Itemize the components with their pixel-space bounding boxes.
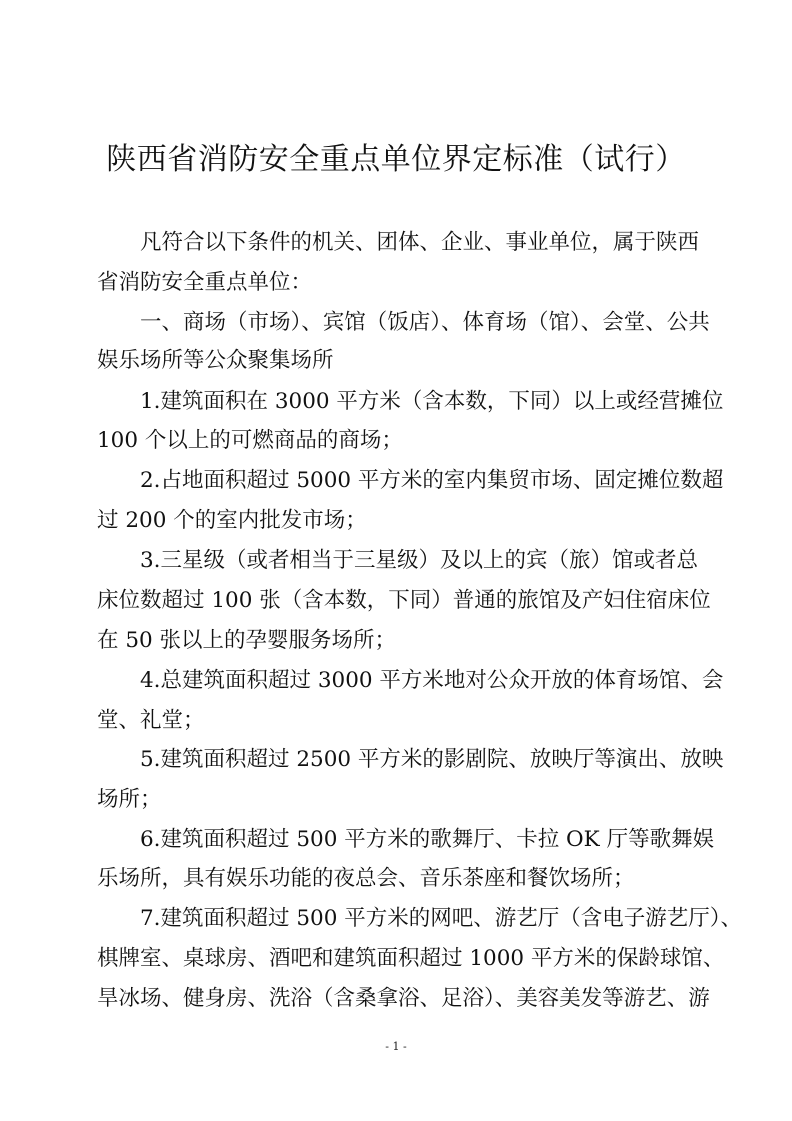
item-4-line-1: 4.总建筑面积超过 3000 平方米地对公众开放的体育场馆、会 <box>140 666 697 696</box>
item-2-line-1: 2.占地面积超过 5000 平方米的室内集贸市场、固定摊位数超 <box>140 466 697 496</box>
item-5-line-1: 5.建筑面积超过 2500 平方米的影剧院、放映厅等演出、放映 <box>140 745 697 775</box>
item-7-line-2: 棋牌室、桌球房、酒吧和建筑面积超过 1000 平方米的保龄球馆、 <box>97 944 697 974</box>
item-6-line-1: 6.建筑面积超过 500 平方米的歌舞厅、卡拉 OK 厅等歌舞娱 <box>140 825 697 855</box>
item-5-line-2: 场所； <box>97 785 697 815</box>
paragraph-intro-line-1: 凡符合以下条件的机关、团体、企业、事业单位，属于陕西 <box>140 228 697 258</box>
item-1-line-2: 100 个以上的可燃商品的商场； <box>97 426 697 456</box>
category-heading-line-2: 娱乐场所等公众聚集场所 <box>97 346 697 376</box>
paragraph-intro-line-2: 省消防安全重点单位： <box>97 268 697 298</box>
item-3-line-3: 在 50 张以上的孕婴服务场所； <box>97 626 697 656</box>
category-heading-line-1: 一、商场（市场）、宾馆（饭店）、体育场（馆）、会堂、公共 <box>140 308 697 338</box>
item-4-line-2: 堂、礼堂； <box>97 706 697 736</box>
item-7-line-1: 7.建筑面积超过 500 平方米的网吧、游艺厅（含电子游艺厅）、 <box>140 904 697 934</box>
document-page: 陕西省消防安全重点单位界定标准（试行） 凡符合以下条件的机关、团体、企业、事业单… <box>0 0 792 1121</box>
document-title: 陕西省消防安全重点单位界定标准（试行） <box>0 138 792 182</box>
item-2-line-2: 过 200 个的室内批发市场； <box>97 506 697 536</box>
item-7-line-3: 旱冰场、健身房、洗浴（含桑拿浴、足浴）、美容美发等游艺、游 <box>97 984 697 1014</box>
item-1-line-1: 1.建筑面积在 3000 平方米（含本数，下同）以上或经营摊位 <box>140 387 697 417</box>
page-number: - 1 - <box>0 1040 792 1054</box>
item-3-line-1: 3.三星级（或者相当于三星级）及以上的宾（旅）馆或者总 <box>140 546 697 576</box>
item-6-line-2: 乐场所，具有娱乐功能的夜总会、音乐茶座和餐饮场所； <box>97 864 697 894</box>
item-3-line-2: 床位数超过 100 张（含本数，下同）普通的旅馆及产妇住宿床位 <box>97 586 697 616</box>
